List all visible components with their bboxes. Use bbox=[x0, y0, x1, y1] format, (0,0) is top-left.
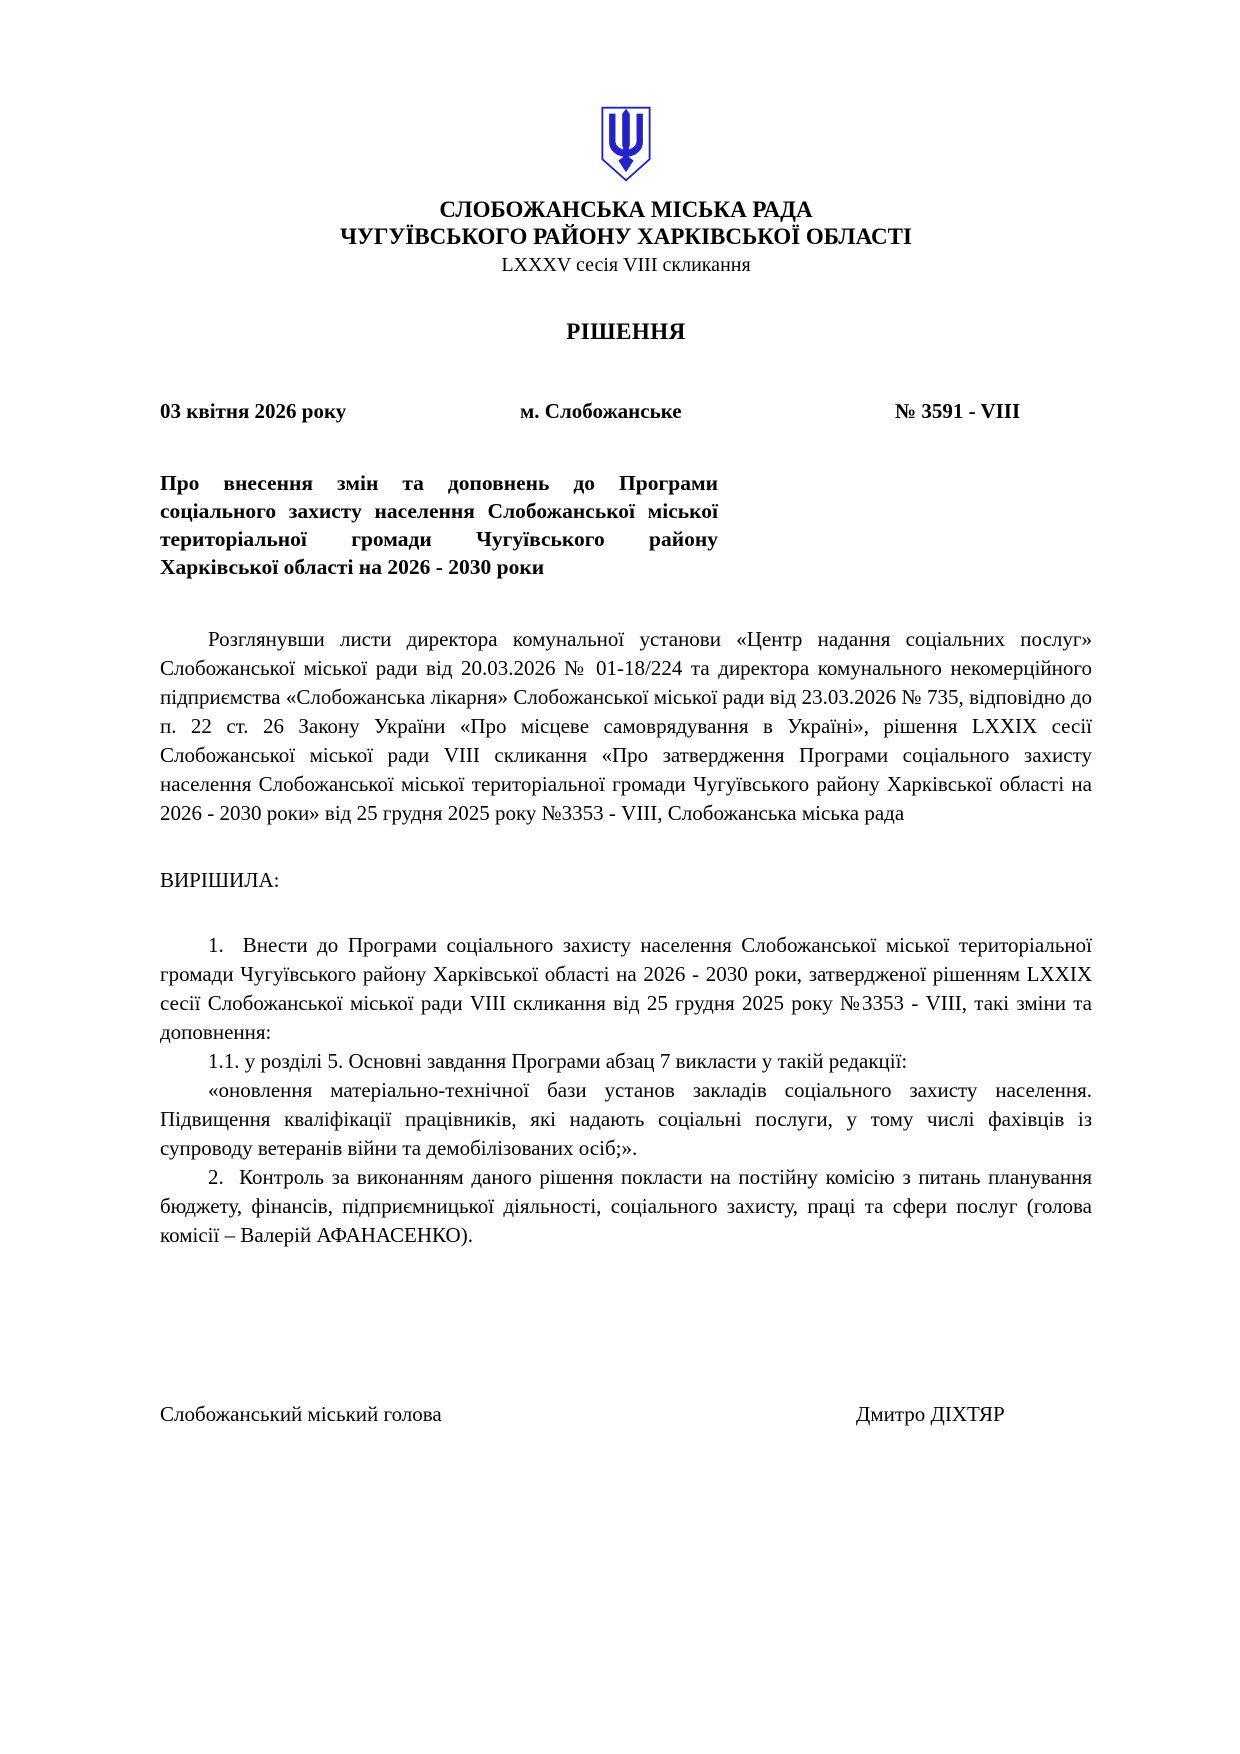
signature-position: Слобожанський міський голова bbox=[160, 1402, 442, 1427]
resolution-item-1: 1. Внести до Програми соціального захист… bbox=[160, 931, 1092, 1047]
session-line: LXXXV сесія VIII скликання bbox=[160, 253, 1092, 277]
signature-row: Слобожанський міський голова Дмитро ДІХТ… bbox=[160, 1402, 1092, 1432]
emblem-container bbox=[160, 100, 1092, 188]
document-date: 03 квітня 2026 року bbox=[160, 399, 346, 424]
preamble-paragraph: Розглянувши листи директора комунальної … bbox=[160, 625, 1092, 828]
org-name-line2: ЧУГУЇВСЬКОГО РАЙОНУ ХАРКІВСЬКОЇ ОБЛАСТІ bbox=[160, 223, 1092, 250]
document-type-title: РІШЕННЯ bbox=[160, 319, 1092, 345]
signature-name: Дмитро ДІХТЯР bbox=[856, 1402, 1005, 1427]
meta-row: 03 квітня 2026 року м. Слобожанське № 35… bbox=[160, 399, 1092, 429]
resolution-item-2: 2. Контроль за виконанням даного рішення… bbox=[160, 1163, 1092, 1250]
decision-document-page: СЛОБОЖАНСЬКА МІСЬКА РАДА ЧУГУЇВСЬКОГО РА… bbox=[0, 0, 1240, 1754]
org-name-line1: СЛОБОЖАНСЬКА МІСЬКА РАДА bbox=[160, 196, 1092, 223]
resolution-body: 1. Внести до Програми соціального захист… bbox=[160, 931, 1092, 1250]
ukraine-trident-emblem-icon bbox=[599, 100, 653, 188]
document-place: м. Слобожанське bbox=[520, 399, 682, 424]
resolved-label: ВИРІШИЛА: bbox=[160, 868, 1092, 893]
resolution-item-1-1: 1.1. у розділі 5. Основні завдання Прогр… bbox=[160, 1047, 1092, 1076]
document-subject: Про внесення змін та доповнень до Програ… bbox=[160, 469, 718, 581]
document-content: СЛОБОЖАНСЬКА МІСЬКА РАДА ЧУГУЇВСЬКОГО РА… bbox=[160, 0, 1092, 1432]
resolution-quote: «оновлення матеріально-технічної бази ус… bbox=[160, 1076, 1092, 1163]
document-number: № 3591 - VIII bbox=[895, 399, 1020, 424]
